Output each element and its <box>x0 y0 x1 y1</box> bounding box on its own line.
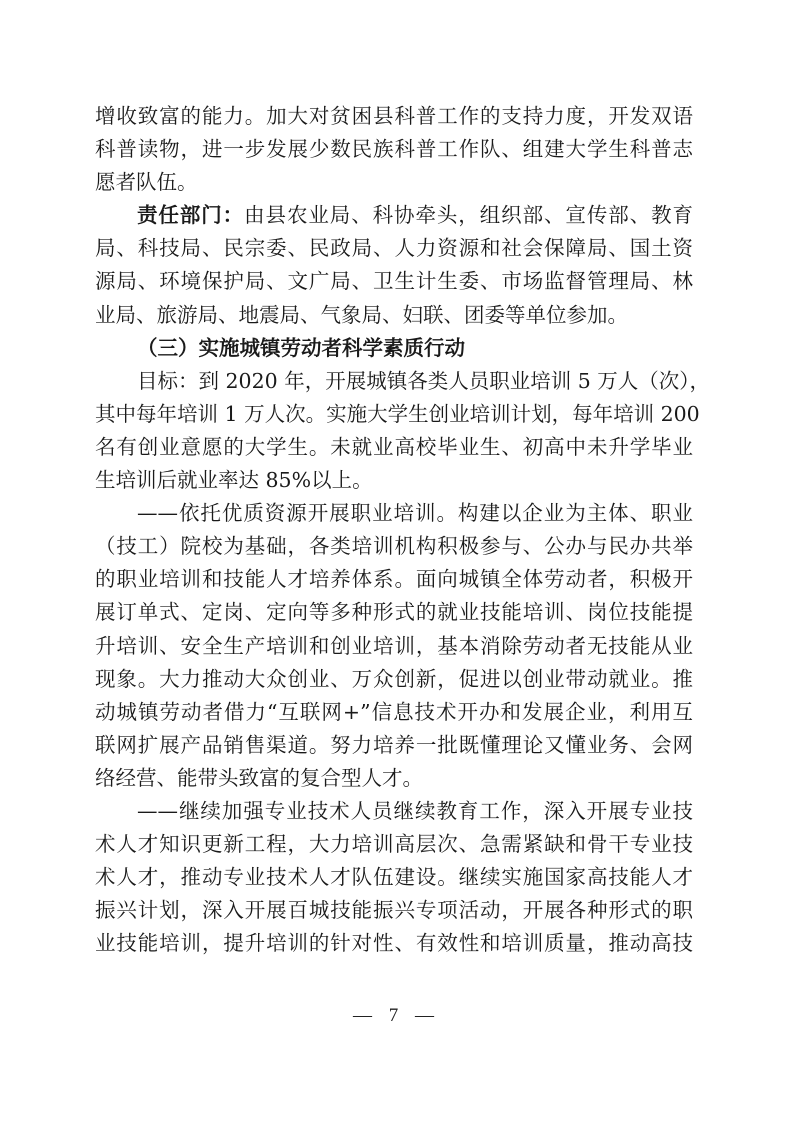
text-line: 愿者队伍。 <box>95 166 693 199</box>
text-line: 目标：到 2020 年，开展城镇各类人员职业培训 5 万人（次）， <box>95 365 693 398</box>
text-line: 增收致富的能力。加大对贫困县科普工作的支持力度，开发双语 <box>95 100 693 133</box>
text-line: 名有创业意愿的大学生。未就业高校毕业生、初高中未升学毕业 <box>95 431 693 464</box>
text-line: 络经营、能带头致富的复合型人才。 <box>95 762 693 795</box>
text-line: 联网扩展产品销售渠道。努力培养一批既懂理论又懂业务、会网 <box>95 729 693 762</box>
text-line: 源局、环境保护局、文广局、卫生计生委、市场监督管理局、林 <box>95 265 693 298</box>
text-line: 科普读物，进一步发展少数民族科普工作队、组建大学生科普志 <box>95 133 693 166</box>
text-line: 局、科技局、民宗委、民政局、人力资源和社会保障局、国土资 <box>95 232 693 265</box>
responsible-departments-label: 责任部门： <box>137 203 244 227</box>
text-line: （技工）院校为基础，各类培训机构积极参与、公办与民办共举 <box>95 530 693 563</box>
text-span: 由县农业局、科协牵头，组织部、宣传部、教育 <box>244 203 693 227</box>
text-line: 升培训、安全生产培训和创业培训，基本消除劳动者无技能从业 <box>95 630 693 663</box>
text-line: 业技能培训，提升培训的针对性、有效性和培训质量，推动高技 <box>95 927 693 960</box>
text-line: 术人才，推动专业技术人才队伍建设。继续实施国家高技能人才 <box>95 861 693 894</box>
text-line: 生培训后就业率达 85%以上。 <box>95 464 693 497</box>
responsible-departments-line: 责任部门：由县农业局、科协牵头，组织部、宣传部、教育 <box>95 199 693 232</box>
section-heading: （三）实施城镇劳动者科学素质行动 <box>95 332 693 365</box>
text-line: 的职业培训和技能人才培养体系。面向城镇全体劳动者，积极开 <box>95 563 693 596</box>
body-text: 增收致富的能力。加大对贫困县科普工作的支持力度，开发双语 科普读物，进一步发展少… <box>95 100 693 960</box>
text-line: 振兴计划，深入开展百城技能振兴专项活动，开展各种形式的职 <box>95 894 693 927</box>
text-line: ——继续加强专业技术人员继续教育工作，深入开展专业技 <box>95 795 693 828</box>
text-line: ——依托优质资源开展职业培训。构建以企业为主体、职业 <box>95 497 693 530</box>
text-line: 展订单式、定岗、定向等多种形式的就业技能培训、岗位技能提 <box>95 596 693 629</box>
document-page: 增收致富的能力。加大对贫困县科普工作的支持力度，开发双语 科普读物，进一步发展少… <box>0 0 793 1122</box>
text-line: 现象。大力推动大众创业、万众创新，促进以创业带动就业。推 <box>95 663 693 696</box>
text-line: 术人才知识更新工程，大力培训高层次、急需紧缺和骨干专业技 <box>95 828 693 861</box>
page-number: — 7 — <box>0 1002 793 1030</box>
text-line: 动城镇劳动者借力“互联网+”信息技术开办和发展企业，利用互 <box>95 696 693 729</box>
text-line: 业局、旅游局、地震局、气象局、妇联、团委等单位参加。 <box>95 299 693 332</box>
text-line: 其中每年培训 1 万人次。实施大学生创业培训计划，每年培训 200 <box>95 398 693 431</box>
